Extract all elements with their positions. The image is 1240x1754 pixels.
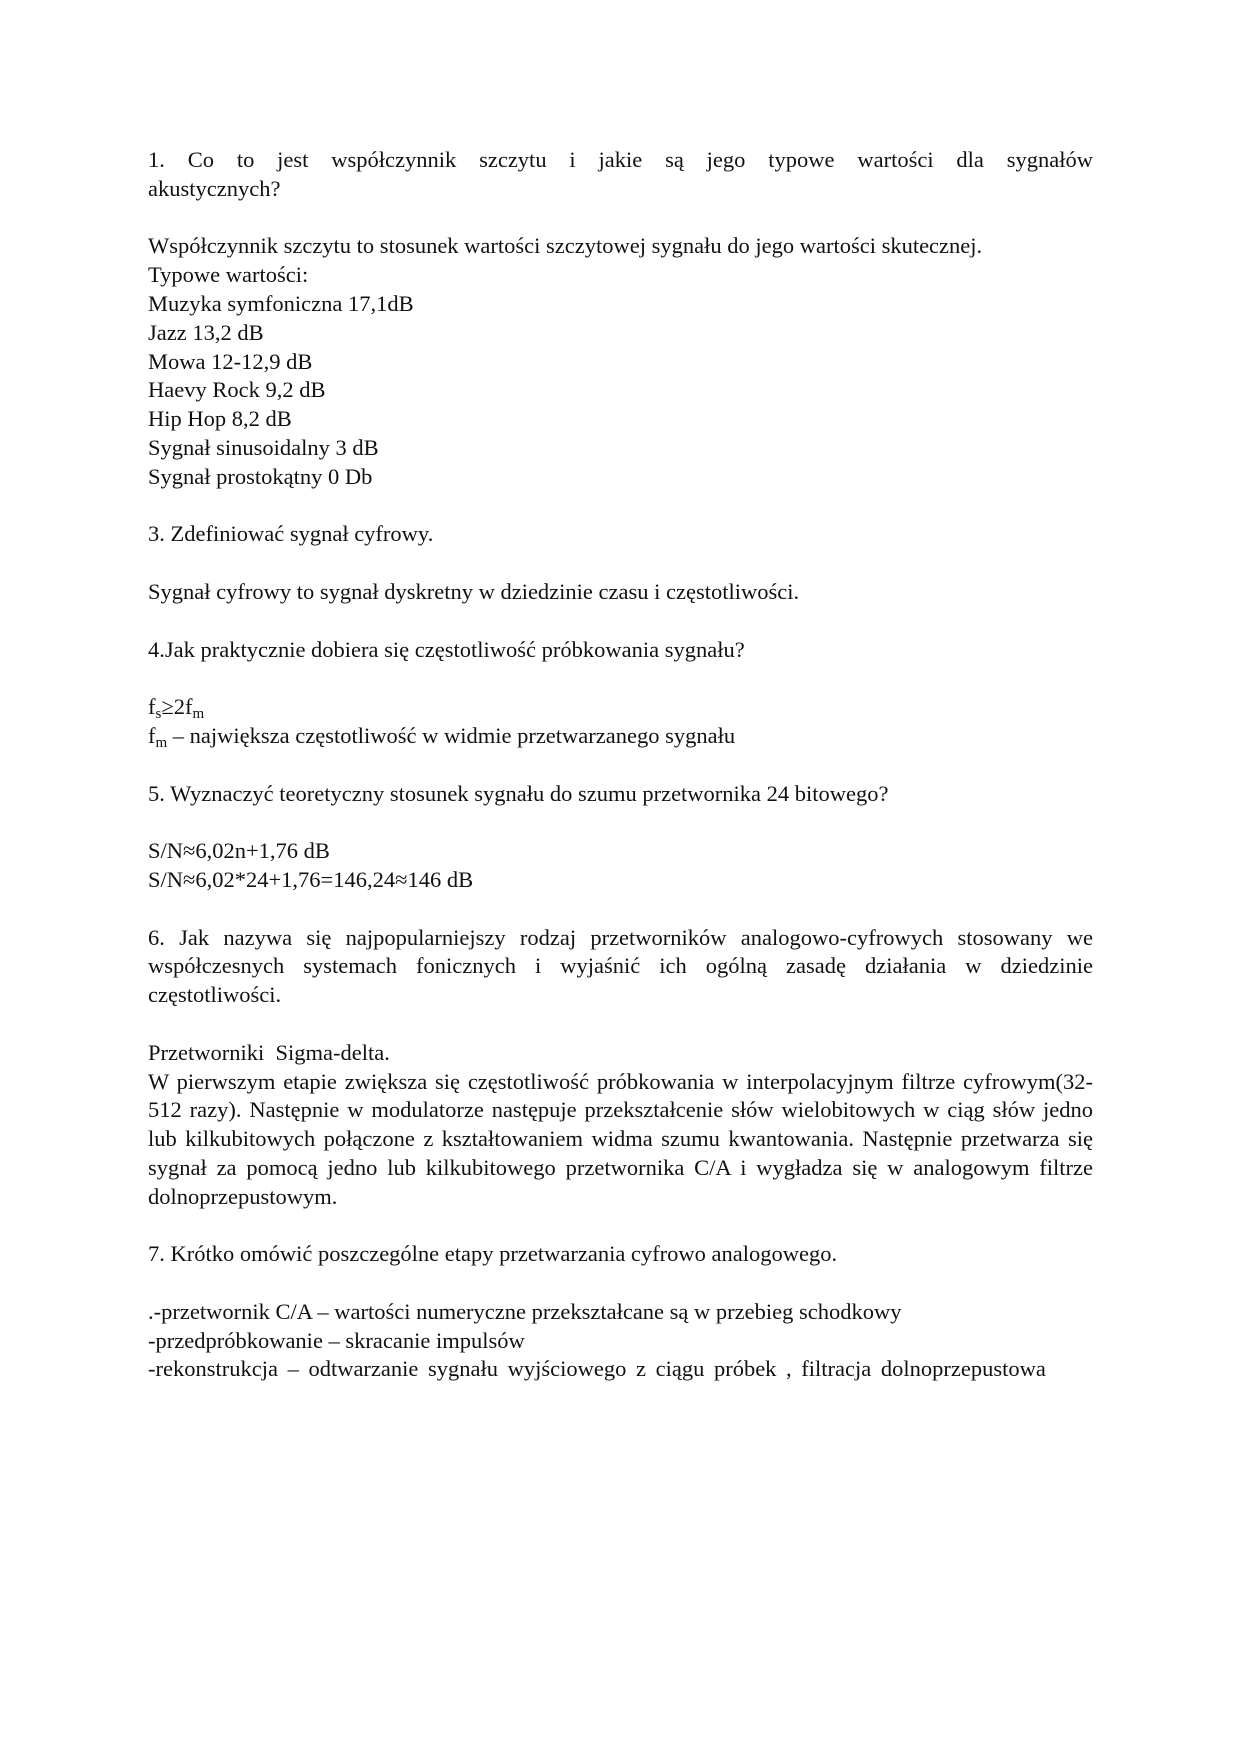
question-7: 7. Krótko omówić poszczególne etapy prze… — [148, 1240, 1093, 1269]
question-1: 1. Co to jest współczynnik szczytu i jak… — [148, 146, 1093, 204]
question-4: 4.Jak praktycznie dobiera się częstotliw… — [148, 636, 1093, 665]
list-item: Mowa 12-12,9 dB — [148, 348, 1093, 377]
answer-1: Współczynnik szczytu to stosunek wartośc… — [148, 232, 1093, 261]
answer-6: W pierwszym etapie zwiększa się częstotl… — [148, 1068, 1093, 1212]
question-3: 3. Zdefiniować sygnał cyfrowy. — [148, 520, 1093, 549]
list-item: Haevy Rock 9,2 dB — [148, 376, 1093, 405]
list-item: -rekonstrukcja – odtwarzanie sygnału wyj… — [148, 1355, 1093, 1384]
typical-values-title: Typowe wartości: — [148, 261, 1093, 290]
answer-3: Sygnał cyfrowy to sygnał dyskretny w dzi… — [148, 578, 1093, 607]
list-item: Jazz 13,2 dB — [148, 319, 1093, 348]
sampling-formula: fs≥2fm — [148, 693, 1093, 722]
list-item: Hip Hop 8,2 dB — [148, 405, 1093, 434]
document-page: 1. Co to jest współczynnik szczytu i jak… — [148, 146, 1093, 1384]
list-item: .-przetwornik C/A – wartości numeryczne … — [148, 1298, 1093, 1327]
answer-6-title: Przetworniki Sigma-delta. — [148, 1039, 1093, 1068]
fm-definition: fm – największa częstotliwość w widmie p… — [148, 722, 1093, 751]
snr-formula: S/N≈6,02n+1,76 dB — [148, 837, 1093, 866]
list-item: Sygnał prostokątny 0 Db — [148, 463, 1093, 492]
snr-calculation: S/N≈6,02*24+1,76=146,24≈146 dB — [148, 866, 1093, 895]
typical-values-list: Muzyka symfoniczna 17,1dB Jazz 13,2 dB M… — [148, 290, 1093, 492]
list-item: Muzyka symfoniczna 17,1dB — [148, 290, 1093, 319]
question-5: 5. Wyznaczyć teoretyczny stosunek sygnał… — [148, 780, 1093, 809]
list-item: Sygnał sinusoidalny 3 dB — [148, 434, 1093, 463]
question-6: 6. Jak nazywa się najpopularniejszy rodz… — [148, 924, 1093, 1010]
list-item: -przedpróbkowanie – skracanie impulsów — [148, 1327, 1093, 1356]
